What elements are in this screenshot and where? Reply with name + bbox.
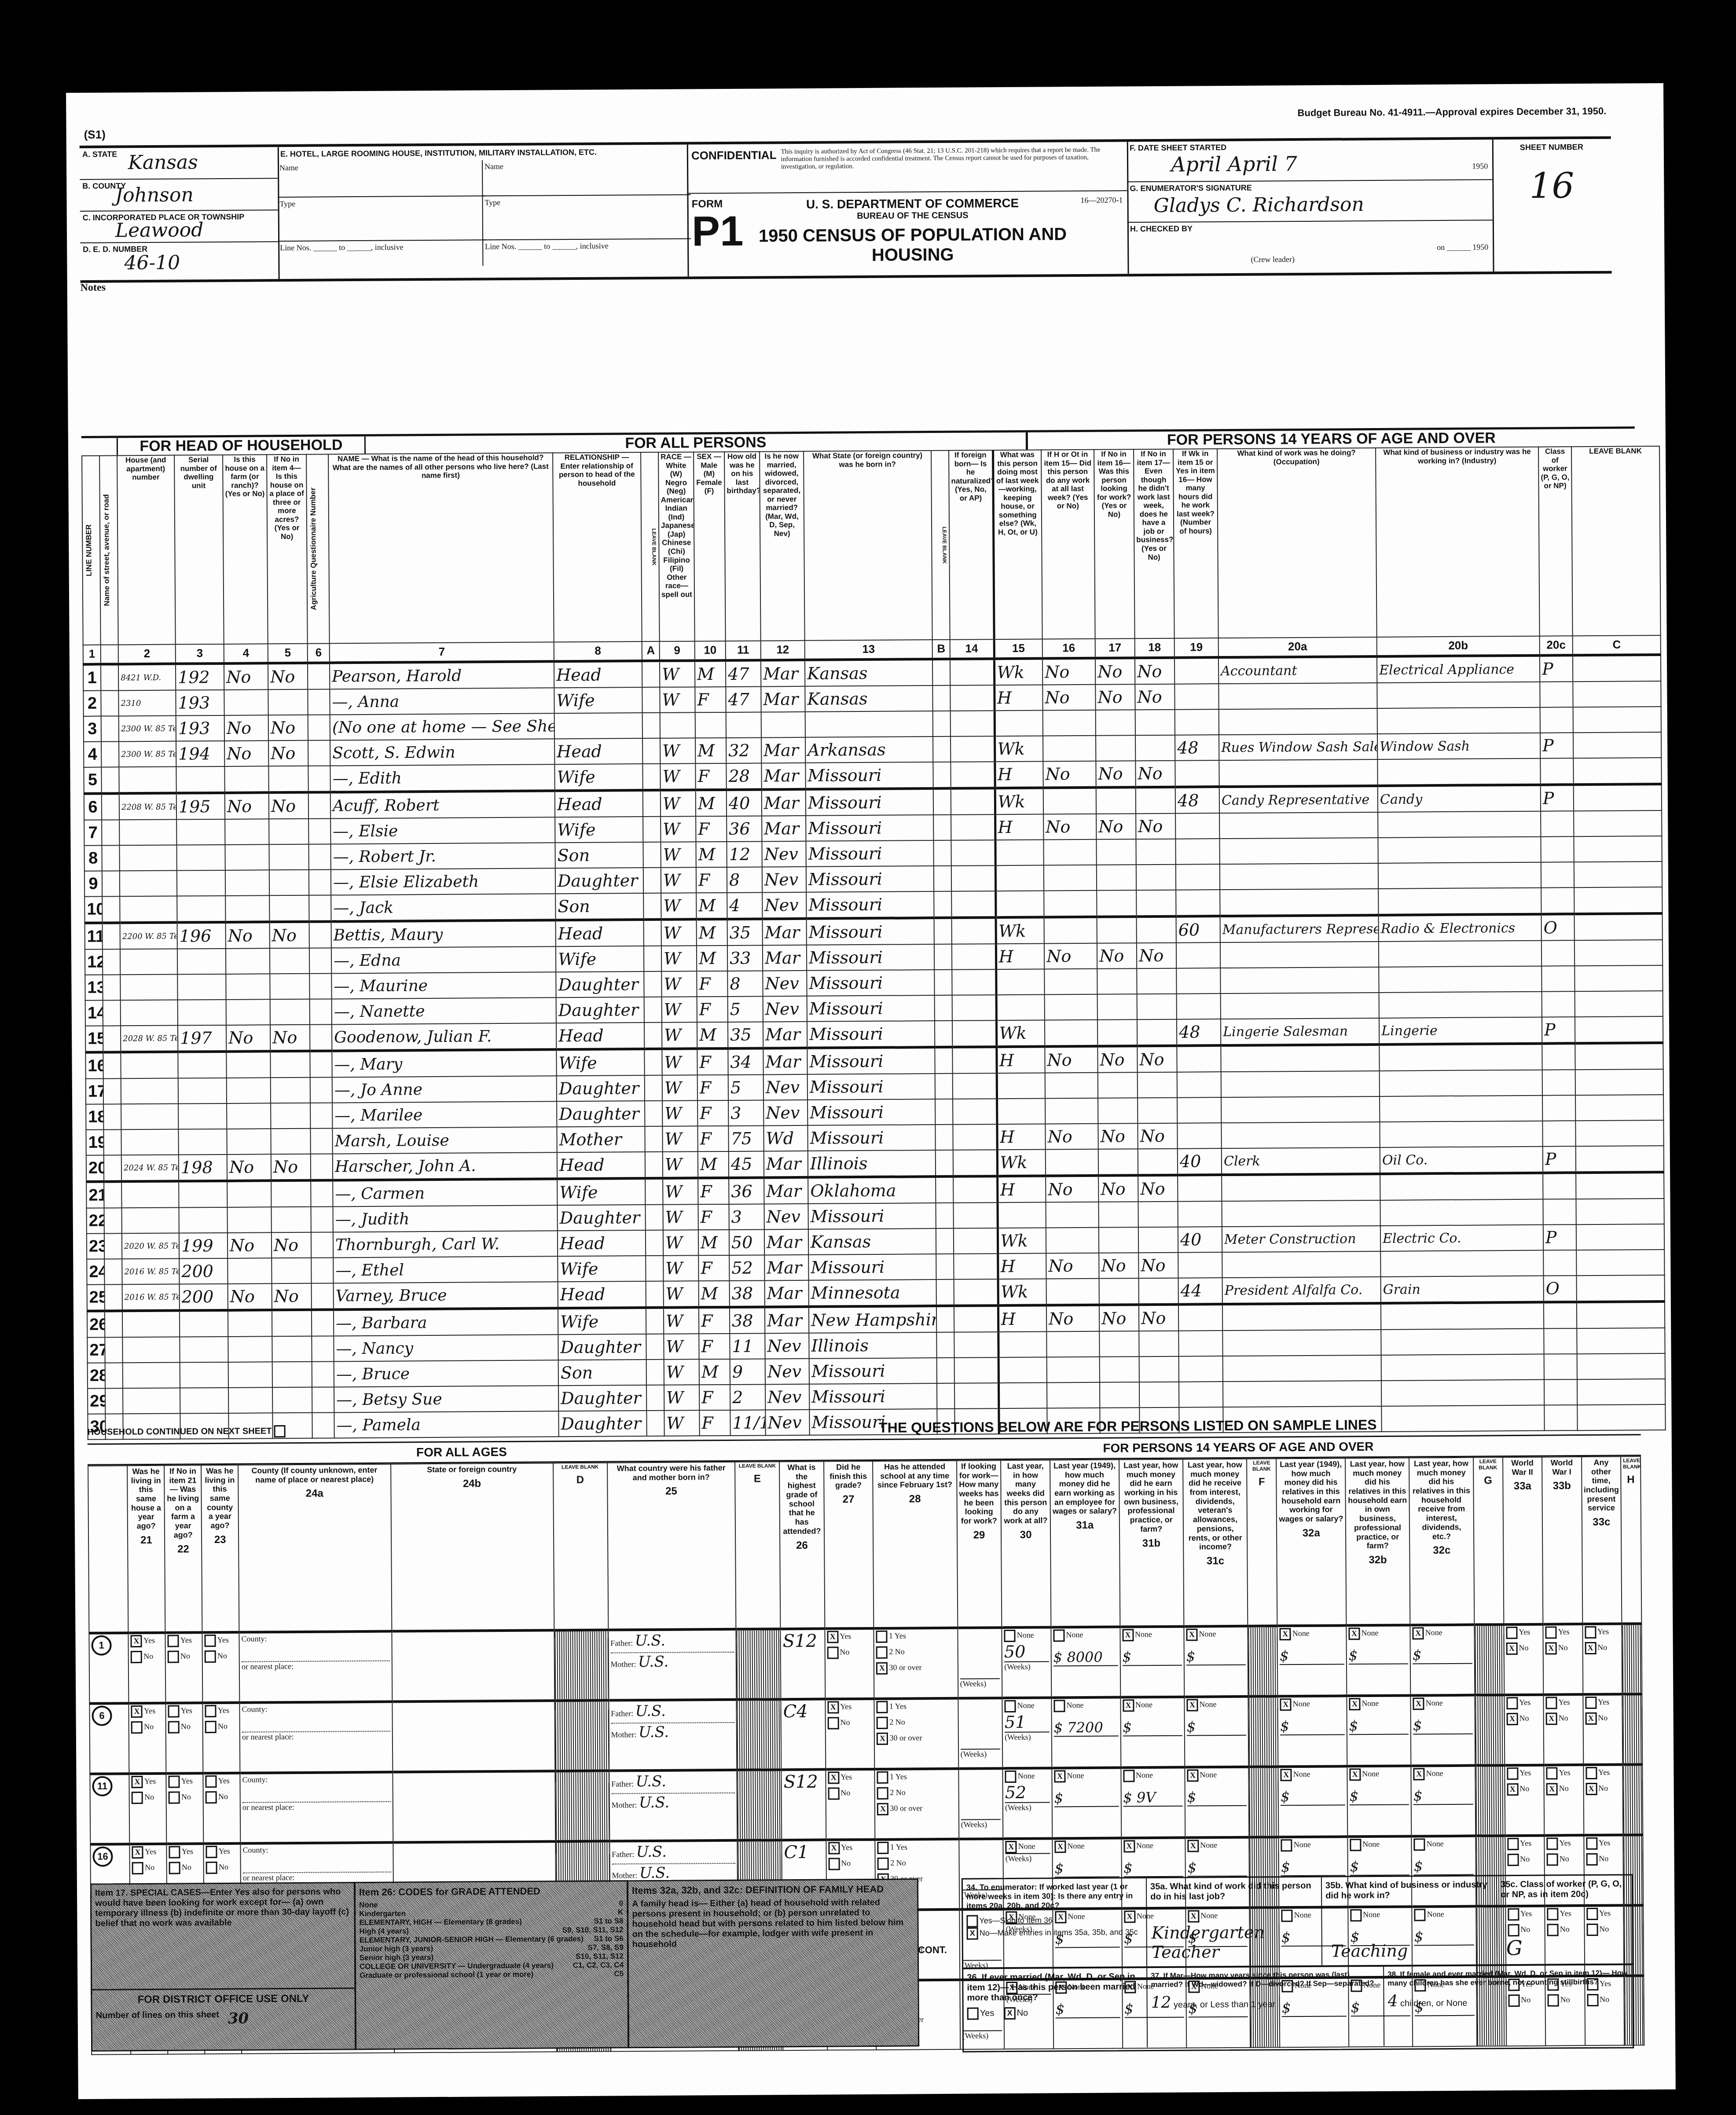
q23-no-checkbox[interactable] [206, 1791, 217, 1803]
looking-for-work [1097, 968, 1137, 994]
dwelling-serial [180, 1388, 228, 1414]
q28-30-checkbox[interactable]: X [877, 1733, 888, 1745]
col-header-5: If No in item 4— Is this house on a plac… [267, 455, 308, 644]
sample-col-num: 28 [875, 1493, 954, 1506]
worked-last-week: No [1045, 1124, 1098, 1150]
q32a-none-checkbox[interactable]: X [1281, 1769, 1292, 1781]
q31a-none-label: None [1066, 1630, 1083, 1639]
ww2-no-checkbox[interactable]: X [1506, 1642, 1517, 1655]
q31b-none-checkbox[interactable] [1123, 1770, 1134, 1782]
occupation: Meter Construction [1222, 1226, 1380, 1252]
q31c-cell: XNone$ [1185, 1767, 1249, 1838]
dwelling-serial [178, 1052, 226, 1078]
q36-yes-checkbox[interactable] [967, 2008, 979, 2020]
q31a-none-checkbox[interactable]: X [1054, 1770, 1065, 1782]
q21-no-label: No [144, 1792, 154, 1801]
sample-col-num: 25 [609, 1485, 733, 1498]
q22-yes-checkbox[interactable] [168, 1635, 179, 1647]
activity: Wk [998, 1228, 1046, 1254]
leave-blank-c [1575, 1095, 1663, 1121]
q22-no-checkbox[interactable] [168, 1721, 180, 1734]
ww2-yes-label: Yes [1519, 1768, 1531, 1777]
agriculture-q [310, 999, 332, 1024]
leave-blank-a [646, 1256, 663, 1281]
ww1-yes-label: Yes [1559, 1768, 1570, 1777]
looking-for-work: No [1098, 1175, 1138, 1202]
street-name [103, 975, 120, 1000]
col-header-20c: Class of worker (P, G, O, or NP) [1538, 447, 1573, 636]
relationship: Mother [557, 1126, 645, 1152]
class-of-worker: O [1541, 914, 1574, 940]
grade-codes-list: None0KindergartenKELEMENTARY, HIGH — Ele… [359, 1899, 624, 1980]
q36-no-checkbox[interactable]: X [1004, 2007, 1016, 2020]
marital-status: Wd [763, 1125, 807, 1151]
ww1-yes-checkbox[interactable] [1545, 1626, 1557, 1638]
other-service-no-checkbox[interactable] [1586, 1853, 1597, 1866]
q27-no-checkbox[interactable] [828, 1787, 839, 1800]
grade-code-label: Senior high (3 years) [360, 1953, 433, 1962]
worked-last-week [1044, 969, 1097, 995]
has-job: No [1138, 1175, 1178, 1202]
q22-yes-checkbox[interactable] [169, 1846, 180, 1858]
grade-code-value: S7, S8, S9 [587, 1943, 623, 1952]
ww2-yes-checkbox[interactable] [1506, 1627, 1517, 1639]
q34-no-checkbox[interactable]: X [967, 1928, 978, 1940]
q31b-none-checkbox[interactable]: X [1122, 1629, 1134, 1641]
q30-none-label: None [1017, 1631, 1034, 1639]
q22-no-checkbox[interactable] [168, 1651, 179, 1663]
q32b-none-checkbox[interactable] [1350, 1839, 1361, 1851]
q28-yes-checkbox[interactable] [877, 1842, 889, 1854]
q32a-none-label: None [1292, 1629, 1310, 1638]
class-of-worker: P [1540, 655, 1573, 682]
hours-worked [1176, 890, 1220, 916]
q32b-none-checkbox[interactable]: X [1348, 1627, 1360, 1640]
industry [1379, 966, 1541, 993]
q23-no-label: No [217, 1651, 227, 1660]
agriculture-q [309, 869, 331, 895]
hotel-name-label-2: Name [483, 159, 687, 173]
q32b-none-checkbox[interactable]: X [1349, 1768, 1361, 1781]
q28-no-checkbox[interactable] [877, 1787, 888, 1800]
q21-no-checkbox[interactable] [131, 1651, 142, 1663]
ww2-yes-checkbox[interactable] [1506, 1697, 1518, 1709]
leave-blank-b [933, 737, 951, 762]
col-header-15: What was this person doing most of last … [993, 450, 1042, 640]
class-of-worker: O [1544, 1276, 1577, 1302]
activity: Wk [998, 1279, 1046, 1306]
q30-cell: None51(Weeks) [1002, 1697, 1052, 1768]
q22-no-checkbox[interactable] [169, 1862, 180, 1874]
ww2-yes-checkbox[interactable] [1507, 1767, 1518, 1780]
q32a-none-checkbox[interactable]: X [1280, 1628, 1291, 1640]
age: 47 [726, 686, 761, 712]
hours-worked [1178, 1201, 1222, 1227]
q31b-none-label: None [1136, 1841, 1153, 1850]
hours-worked [1176, 968, 1220, 994]
q32a-none-checkbox[interactable]: X [1280, 1698, 1292, 1711]
ww2-no-label: No [1520, 1855, 1530, 1863]
sample-col-label: County (If county unknown, enter name of… [240, 1466, 389, 1485]
leave-blank-h [1622, 1694, 1642, 1764]
nearest-place-label: or nearest place: [242, 1660, 390, 1671]
age: 38 [730, 1307, 765, 1333]
birthplace: Missouri [807, 1099, 935, 1125]
farm: No [224, 715, 268, 741]
col-num: 18 [1135, 638, 1174, 658]
q30-none-checkbox[interactable] [1005, 1770, 1017, 1783]
house-number: 2300 W. 85 Terr [119, 716, 176, 742]
hours-worked: 48 [1175, 735, 1219, 761]
q31a-none-label: None [1067, 1771, 1084, 1780]
q21-yes-label: Yes [145, 1847, 156, 1856]
dwelling-serial: 199 [179, 1233, 228, 1259]
household-continued-checkbox[interactable] [274, 1425, 286, 1437]
industry [1381, 1329, 1544, 1355]
sample-col-header-22: If No in item 21— Was he living on a far… [164, 1465, 202, 1633]
farm [226, 1051, 270, 1078]
col-num: 15 [994, 639, 1042, 659]
q22-no-label: No [181, 1792, 191, 1801]
house-number: 8421 W.D. [118, 664, 176, 691]
line-number: 18 [86, 1104, 103, 1130]
q28-30-checkbox[interactable]: X [877, 1803, 888, 1815]
race: W [663, 1151, 698, 1178]
q22-yes-label: Yes [180, 1636, 192, 1645]
q30-none-checkbox[interactable] [1004, 1630, 1016, 1642]
has-job: No [1135, 658, 1174, 685]
acres [270, 999, 310, 1025]
naturalized [951, 891, 995, 918]
race: W [661, 893, 696, 919]
sex: M [696, 842, 727, 867]
ww1-no-label: No [1559, 1784, 1569, 1792]
has-job [1136, 865, 1176, 891]
house-number: 2200 W. 85 Terr [120, 923, 177, 949]
q32a-none-checkbox[interactable] [1281, 1839, 1292, 1851]
dwelling-serial [178, 1129, 227, 1155]
q27-yes-checkbox[interactable]: X [828, 1771, 839, 1784]
q30-none-checkbox[interactable] [1005, 1700, 1016, 1712]
person-name: —, Elsie [330, 817, 555, 844]
naturalized [952, 917, 996, 944]
father-label: Father: [611, 1779, 634, 1788]
q23-yes-checkbox[interactable] [206, 1846, 217, 1858]
acres [271, 1180, 311, 1207]
marital-status: Nev [763, 1100, 807, 1126]
class-of-worker [1542, 1070, 1575, 1095]
dwelling-serial [178, 1000, 226, 1026]
q31c-none-checkbox[interactable]: X [1187, 1840, 1199, 1852]
ww2-no-checkbox[interactable] [1507, 1854, 1519, 1866]
grade-codes-title: Item 26: CODES for GRADE ATTENDED [359, 1885, 623, 1898]
other-service-yes-checkbox[interactable] [1585, 1626, 1596, 1638]
q31c-none-checkbox[interactable]: X [1186, 1628, 1197, 1641]
q22-cell: YesNo [165, 1632, 203, 1703]
other-service-no-checkbox[interactable]: X [1585, 1712, 1597, 1725]
q23-yes-checkbox[interactable] [205, 1635, 216, 1647]
q28-30-checkbox[interactable]: X [876, 1662, 888, 1675]
activity [998, 1332, 1046, 1358]
marital-status: Nev [765, 1359, 809, 1385]
worked-last-week [1045, 994, 1097, 1020]
q35a-answer: Kindergarten Teacher [1151, 1922, 1321, 1962]
sample-col-label: Last year, how much money did he receive… [1185, 1460, 1245, 1552]
person-name: —, Jack [331, 894, 555, 921]
q27-yes-checkbox[interactable]: X [827, 1701, 839, 1713]
sample-col-label: LEAVE BLANK [1249, 1460, 1274, 1472]
sample-col-header-D: LEAVE BLANKD [553, 1463, 608, 1631]
q31c-none-label: None [1199, 1629, 1216, 1638]
sample-col-header-33a: World War II33a [1503, 1457, 1543, 1625]
q23-yes-checkbox[interactable] [205, 1705, 217, 1717]
q32c-none-checkbox[interactable]: X [1413, 1627, 1424, 1639]
ww1-yes-checkbox[interactable] [1546, 1697, 1557, 1709]
q28-yes-checkbox[interactable] [876, 1631, 888, 1643]
q23-no-checkbox[interactable] [206, 1862, 217, 1874]
q35b-answer: Teaching [1331, 1941, 1408, 1961]
occupation [1219, 759, 1377, 787]
q28-no-checkbox[interactable] [876, 1646, 888, 1659]
occupation: Rues Window Sash Salesman [1219, 734, 1377, 760]
street-name [103, 949, 120, 975]
hours-worked: 40 [1178, 1148, 1222, 1175]
age: 8 [727, 971, 763, 996]
sample-col-num: 24a [240, 1487, 389, 1500]
race: W [660, 763, 695, 790]
activity: H [997, 1124, 1045, 1150]
nearest-place-label: or nearest place: [242, 1731, 390, 1742]
q21-yes-checkbox[interactable]: X [131, 1705, 143, 1718]
leave-blank-f [1249, 1767, 1279, 1837]
dwelling-serial: 197 [178, 1025, 226, 1052]
q21-yes-checkbox[interactable]: X [131, 1635, 142, 1647]
q27-no-checkbox[interactable] [827, 1646, 838, 1659]
relationship: Daughter [557, 1075, 645, 1101]
household-continued[interactable]: HOUSEHOLD CONTINUED ON NEXT SHEET [88, 1425, 287, 1439]
sample-col-label: If looking for work— How many weeks has … [959, 1462, 999, 1525]
industry [1380, 1096, 1542, 1122]
has-job [1139, 1356, 1179, 1382]
industry [1381, 1380, 1544, 1406]
q23-yes-checkbox[interactable] [206, 1775, 217, 1788]
ww1-yes-label: Yes [1558, 1627, 1570, 1636]
hours-worked [1177, 1045, 1221, 1072]
sex: F [696, 867, 727, 893]
grade-code-label: Kindergarten [359, 1909, 406, 1918]
leave-blank-c [1577, 1328, 1665, 1354]
other-service-cell: YesXNo [1583, 1694, 1622, 1765]
q22-no-checkbox[interactable] [169, 1792, 180, 1804]
ed-value: 46-10 [124, 252, 180, 275]
q31c-none-checkbox[interactable]: X [1187, 1769, 1198, 1781]
street-name [101, 716, 119, 741]
farm [225, 844, 269, 870]
q32b-none-checkbox[interactable]: X [1349, 1698, 1360, 1710]
q31b-none-label: None [1135, 1700, 1152, 1709]
county-label: County: [242, 1845, 391, 1855]
other-service-no-checkbox[interactable]: X [1586, 1783, 1597, 1795]
birthplace: New Hampshire [809, 1306, 936, 1333]
activity: Wk [997, 1150, 1046, 1177]
state-cell [393, 1771, 555, 1842]
looking-for-work: No [1097, 1046, 1137, 1073]
q28-no-checkbox[interactable] [877, 1858, 889, 1870]
q31a-none-checkbox[interactable]: X [1054, 1840, 1066, 1853]
ww1-yes-checkbox[interactable] [1546, 1767, 1557, 1779]
dwelling-serial: 195 [176, 793, 225, 820]
leave-blank-b [935, 1125, 953, 1150]
relationship: Head [554, 661, 642, 688]
q32c-none-checkbox[interactable] [1414, 1838, 1425, 1851]
leave-blank-b [935, 1021, 952, 1047]
ww1-no-checkbox[interactable]: X [1546, 1712, 1557, 1725]
other-service-yes-checkbox[interactable] [1586, 1767, 1597, 1779]
agriculture-q [309, 895, 331, 921]
naturalized [953, 1073, 997, 1099]
q31a-none-checkbox[interactable] [1053, 1700, 1065, 1712]
other-service-yes-label: Yes [1597, 1627, 1609, 1636]
leave-blank-a [643, 790, 661, 817]
industry [1380, 1250, 1543, 1277]
ww1-no-checkbox[interactable] [1547, 1853, 1558, 1866]
birthplace: Missouri [807, 970, 934, 996]
race: W [661, 816, 696, 842]
sex: F [697, 1048, 728, 1075]
street-name [102, 896, 120, 923]
street-name [101, 690, 118, 716]
q28-yes-checkbox[interactable] [877, 1701, 888, 1713]
q21-no-checkbox[interactable] [132, 1862, 143, 1874]
relationship: Daughter [558, 1385, 646, 1411]
q27-no-checkbox[interactable] [828, 1858, 840, 1870]
acres [269, 844, 308, 870]
has-job [1138, 1149, 1178, 1176]
age: 35 [727, 919, 763, 945]
race: W [662, 997, 697, 1022]
q23-yes-label: Yes [218, 1776, 230, 1785]
other-service-yes-checkbox[interactable] [1586, 1837, 1597, 1850]
q32c-none-checkbox[interactable]: X [1413, 1697, 1424, 1710]
sample-col-num: 31a [1053, 1519, 1117, 1532]
line-number: 5 [84, 767, 101, 794]
q28-no-checkbox[interactable] [877, 1717, 888, 1729]
sample-line-number: 11 [92, 1776, 112, 1796]
race: W [661, 971, 697, 997]
ww1-yes-checkbox[interactable] [1546, 1837, 1558, 1850]
leave-blank-b [932, 659, 950, 685]
census-sheet: (S1) Budget Bureau No. 41-4911.—Approval… [66, 83, 1676, 2099]
line-number: 23 [87, 1234, 104, 1259]
q32c-none-checkbox[interactable]: X [1413, 1768, 1425, 1780]
ww1-yes-label: Yes [1559, 1697, 1570, 1706]
leave-blank-b [933, 815, 951, 840]
q30-none-checkbox[interactable]: X [1006, 1841, 1017, 1853]
sample-col-label: If No in item 21— Was he living on a far… [166, 1466, 199, 1540]
looking-for-work: No [1099, 1305, 1139, 1331]
other-service-no-checkbox[interactable]: X [1585, 1642, 1596, 1654]
q22-cell: YesNo [166, 1773, 204, 1844]
q21-no-checkbox[interactable] [132, 1792, 143, 1804]
house-number [120, 871, 177, 897]
sex: F [699, 1385, 730, 1410]
leave-blank-a [643, 842, 661, 868]
q28-no-label: 2 No [890, 1858, 906, 1867]
ww2-no-checkbox[interactable]: X [1507, 1783, 1518, 1796]
grade: C4 [783, 1701, 807, 1722]
q31a-cell: None$ 8000 [1051, 1627, 1120, 1698]
acres: No [272, 1283, 312, 1310]
age: 28 [726, 763, 761, 789]
q31a-amount: 8000 [1067, 1649, 1103, 1665]
col-header-17: If No in item 16— Was this person lookin… [1094, 449, 1135, 639]
leave-blank-c [1576, 1250, 1664, 1276]
occupation [1221, 1122, 1380, 1148]
ww1-no-checkbox[interactable]: X [1545, 1642, 1557, 1654]
occupation [1220, 942, 1379, 968]
leave-blank-b [936, 1254, 954, 1279]
grade-code-value: C5 [614, 1969, 624, 1978]
sample-col-header-29: If looking for work— How many weeks has … [957, 1460, 1002, 1628]
hours-worked [1175, 839, 1219, 865]
class-of-worker: P [1543, 1146, 1576, 1173]
q31a-none-checkbox[interactable] [1053, 1629, 1064, 1642]
sample-col-num: 31b [1122, 1537, 1182, 1549]
other-service-yes-checkbox[interactable] [1585, 1697, 1597, 1709]
leave-blank-c [1577, 1275, 1665, 1302]
q31b-none-checkbox[interactable]: X [1123, 1699, 1134, 1712]
race: W [663, 1255, 698, 1281]
agriculture-q [308, 766, 330, 792]
ww2-yes-checkbox[interactable] [1507, 1838, 1519, 1850]
q31b-none-checkbox[interactable]: X [1123, 1840, 1135, 1852]
q31c-none-checkbox[interactable]: X [1186, 1699, 1198, 1711]
hours-worked: 40 [1178, 1227, 1222, 1253]
q27-yes-checkbox[interactable]: X [827, 1631, 838, 1643]
enumerator-label: g. ENUMERATOR'S SIGNATURE [1130, 183, 1252, 194]
q28-yes-checkbox[interactable] [877, 1771, 888, 1784]
ww1-no-checkbox[interactable]: X [1546, 1783, 1558, 1795]
class-of-worker [1540, 707, 1573, 733]
q23-no-checkbox[interactable] [205, 1721, 217, 1733]
sample-col-num: D [555, 1474, 605, 1486]
ww1-no-label: No [1558, 1643, 1568, 1652]
q21-no-checkbox[interactable] [131, 1721, 143, 1734]
q36-label: 36. If ever married (Mar, Wd, D, or Sep … [967, 1972, 1143, 2003]
relationship: Daughter [556, 971, 644, 997]
age: 40 [727, 789, 762, 816]
line-number: 21 [86, 1182, 104, 1208]
col-num: 14 [950, 639, 994, 659]
q21-yes-checkbox[interactable]: X [132, 1846, 143, 1858]
house-number [119, 845, 176, 871]
q34-yes-checkbox[interactable] [966, 1915, 978, 1928]
ww2-no-checkbox[interactable]: X [1506, 1713, 1518, 1725]
q22-yes-checkbox[interactable] [168, 1705, 180, 1718]
class-of-worker [1541, 862, 1574, 887]
naturalized [954, 1254, 998, 1279]
q27-no-checkbox[interactable] [827, 1717, 839, 1729]
activity: H [995, 814, 1043, 840]
sex [695, 712, 726, 738]
q21-yes-label: Yes [144, 1706, 155, 1715]
q22-yes-checkbox[interactable] [169, 1776, 180, 1788]
q27-yes-checkbox[interactable]: X [828, 1842, 840, 1854]
naturalized [952, 969, 996, 995]
q23-no-checkbox[interactable] [205, 1650, 216, 1663]
weeks-label: (Weeks) [1004, 1661, 1049, 1672]
q21-yes-checkbox[interactable]: X [132, 1776, 143, 1788]
